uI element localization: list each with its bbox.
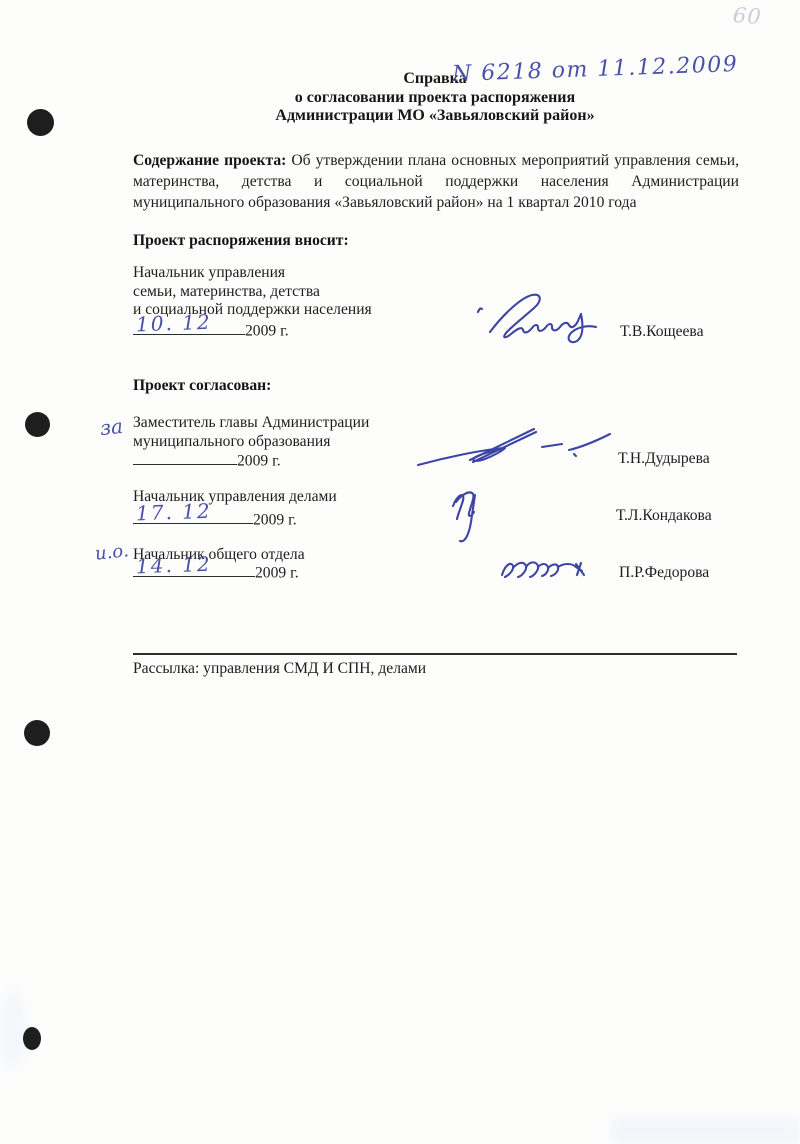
- year-label: 2009 г.: [253, 511, 297, 528]
- distribution-note: Рассылка: управления СМД И СПН, делами: [133, 660, 426, 678]
- signature-fedorova: [498, 548, 592, 586]
- approver-position: Заместитель главы Администрации муниципа…: [133, 414, 369, 451]
- position-line: семьи, материнства, детства: [133, 283, 372, 302]
- summary-label: Содержание проекта:: [133, 152, 286, 169]
- approver-name: Т.Н.Дудырева: [618, 450, 710, 468]
- footer-divider: [133, 653, 737, 655]
- date-underline: [133, 448, 237, 465]
- handwritten-date: 14. 12: [136, 552, 212, 579]
- signature-kondakova: [444, 486, 488, 548]
- year-label: 2009 г.: [237, 452, 281, 469]
- signature-dudyreva: [414, 423, 614, 469]
- scan-artifact: [610, 1118, 800, 1144]
- position-line: Заместитель главы Администрации: [133, 414, 369, 433]
- handwritten-prefix-io: и.о.: [94, 540, 130, 564]
- submitter-name: Т.В.Кощеева: [620, 323, 704, 341]
- approve-section-heading: Проект согласован:: [133, 377, 271, 395]
- approver-name: Т.Л.Кондакова: [616, 507, 712, 525]
- year-label: 2009 г.: [255, 564, 299, 581]
- approver-dateline: 14. 122009 г.: [133, 560, 299, 582]
- approver-dateline: 2009 г.: [133, 448, 281, 470]
- scan-artifact: [0, 990, 26, 1070]
- project-summary: Содержание проекта: Об утверждении плана…: [133, 150, 739, 213]
- position-line: Начальник управления: [133, 264, 372, 283]
- year-label: 2009 г.: [245, 322, 289, 339]
- submit-section-heading: Проект распоряжения вносит:: [133, 232, 349, 250]
- approver-dateline: 17. 122009 г.: [133, 507, 297, 529]
- pencil-page-number: 60: [732, 3, 762, 29]
- handwritten-prefix-za: за: [99, 414, 124, 440]
- hole-punch-mark: [24, 720, 50, 746]
- hole-punch-mark: [23, 1027, 41, 1050]
- handwritten-date: 17. 12: [136, 499, 212, 526]
- document-subtitle-line1: о согласовании проекта распоряжения: [133, 89, 737, 108]
- hole-punch-mark: [25, 412, 50, 437]
- scanned-document-page: 60 Справка о согласовании проекта распор…: [0, 0, 800, 1144]
- signature-koscheeva: [468, 286, 613, 348]
- document-subtitle-line2: Администрации МО «Завьяловский район»: [133, 107, 737, 126]
- handwritten-date: 10. 12: [136, 310, 212, 337]
- approver-name: П.Р.Федорова: [619, 564, 709, 582]
- hole-punch-mark: [27, 109, 54, 136]
- submitter-dateline: 10. 122009 г.: [133, 318, 289, 340]
